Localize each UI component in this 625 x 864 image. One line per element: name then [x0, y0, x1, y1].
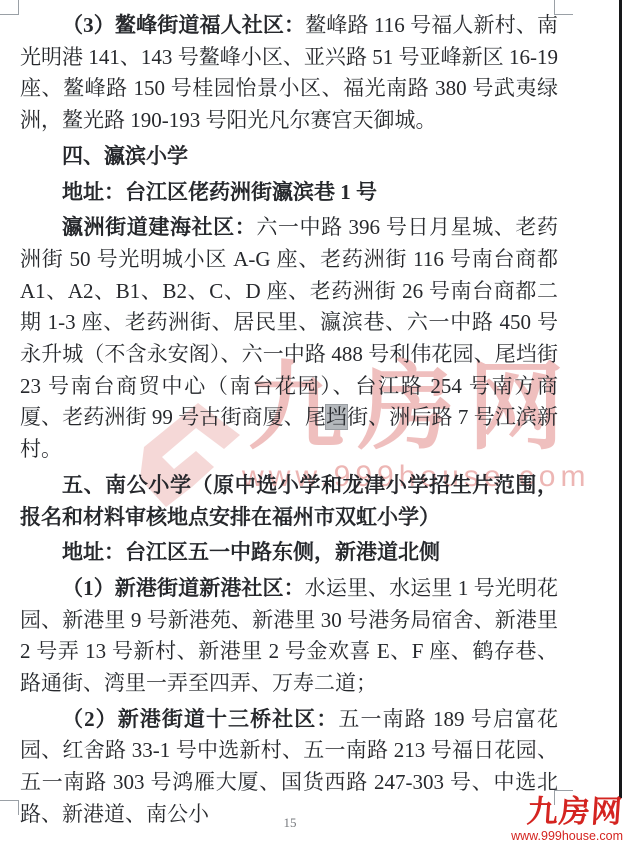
bold-text-run: （3）鳌峰街道福人社区： [62, 13, 305, 37]
paragraph: 五、南公小学（原中选小学和龙津小学招生片范围，报名和材料审核地点安排在福州市双虹… [20, 470, 558, 533]
bold-text-run: 地址：台江区佬药洲街瀛滨巷 1 号 [62, 180, 377, 204]
bold-text-run: 五、南公小学（原中选小学和龙津小学招生片范围，报名和材料审核地点安排在福州市双虹… [20, 473, 558, 529]
bold-text-run: 地址：台江区五一中路东侧，新港道北侧 [62, 540, 440, 564]
paragraph: 四、瀛滨小学 [20, 141, 558, 173]
paragraph: （3）鳌峰街道福人社区：鳌峰路 116 号福人新村、南光明港 141、143 号… [20, 10, 558, 137]
highlighted-text-run: 垱 [326, 405, 347, 429]
text-run: 六一中路 396 号日月星城、老药洲街 50 号光明城小区 A-G 座、老药洲街… [20, 215, 558, 429]
bold-text-run: （1）新港街道新港社区： [62, 576, 305, 600]
site-logo: 九房网 www.999house.com [493, 795, 623, 843]
scan-edge-line [619, 0, 622, 798]
paragraph: （2）新港街道十三桥社区：五一南路 189 号启富花园、红舍路 33-1 号中选… [20, 704, 558, 831]
paragraph: 地址：台江区佬药洲街瀛滨巷 1 号 [20, 177, 558, 209]
text-boundary-mark-bottom-left [0, 800, 19, 815]
paragraph: （1）新港街道新港社区：水运里、水运里 1 号光明花园、新港里 9 号新港苑、新… [20, 573, 558, 700]
site-logo-url: www.999house.com [493, 829, 623, 843]
document-text-block: （3）鳌峰街道福人社区：鳌峰路 116 号福人新村、南光明港 141、143 号… [20, 10, 558, 831]
site-logo-brand: 九房网 [526, 795, 624, 829]
bold-text-run: 四、瀛滨小学 [62, 144, 188, 168]
bold-text-run: 瀛洲街道建海社区： [62, 215, 256, 239]
paragraph: 地址：台江区五一中路东侧，新港道北侧 [20, 537, 558, 569]
text-boundary-mark-top-left [0, 0, 19, 15]
paragraph: 瀛洲街道建海社区：六一中路 396 号日月星城、老药洲街 50 号光明城小区 A… [20, 212, 558, 466]
bold-text-run: （2）新港街道十三桥社区： [62, 707, 338, 731]
